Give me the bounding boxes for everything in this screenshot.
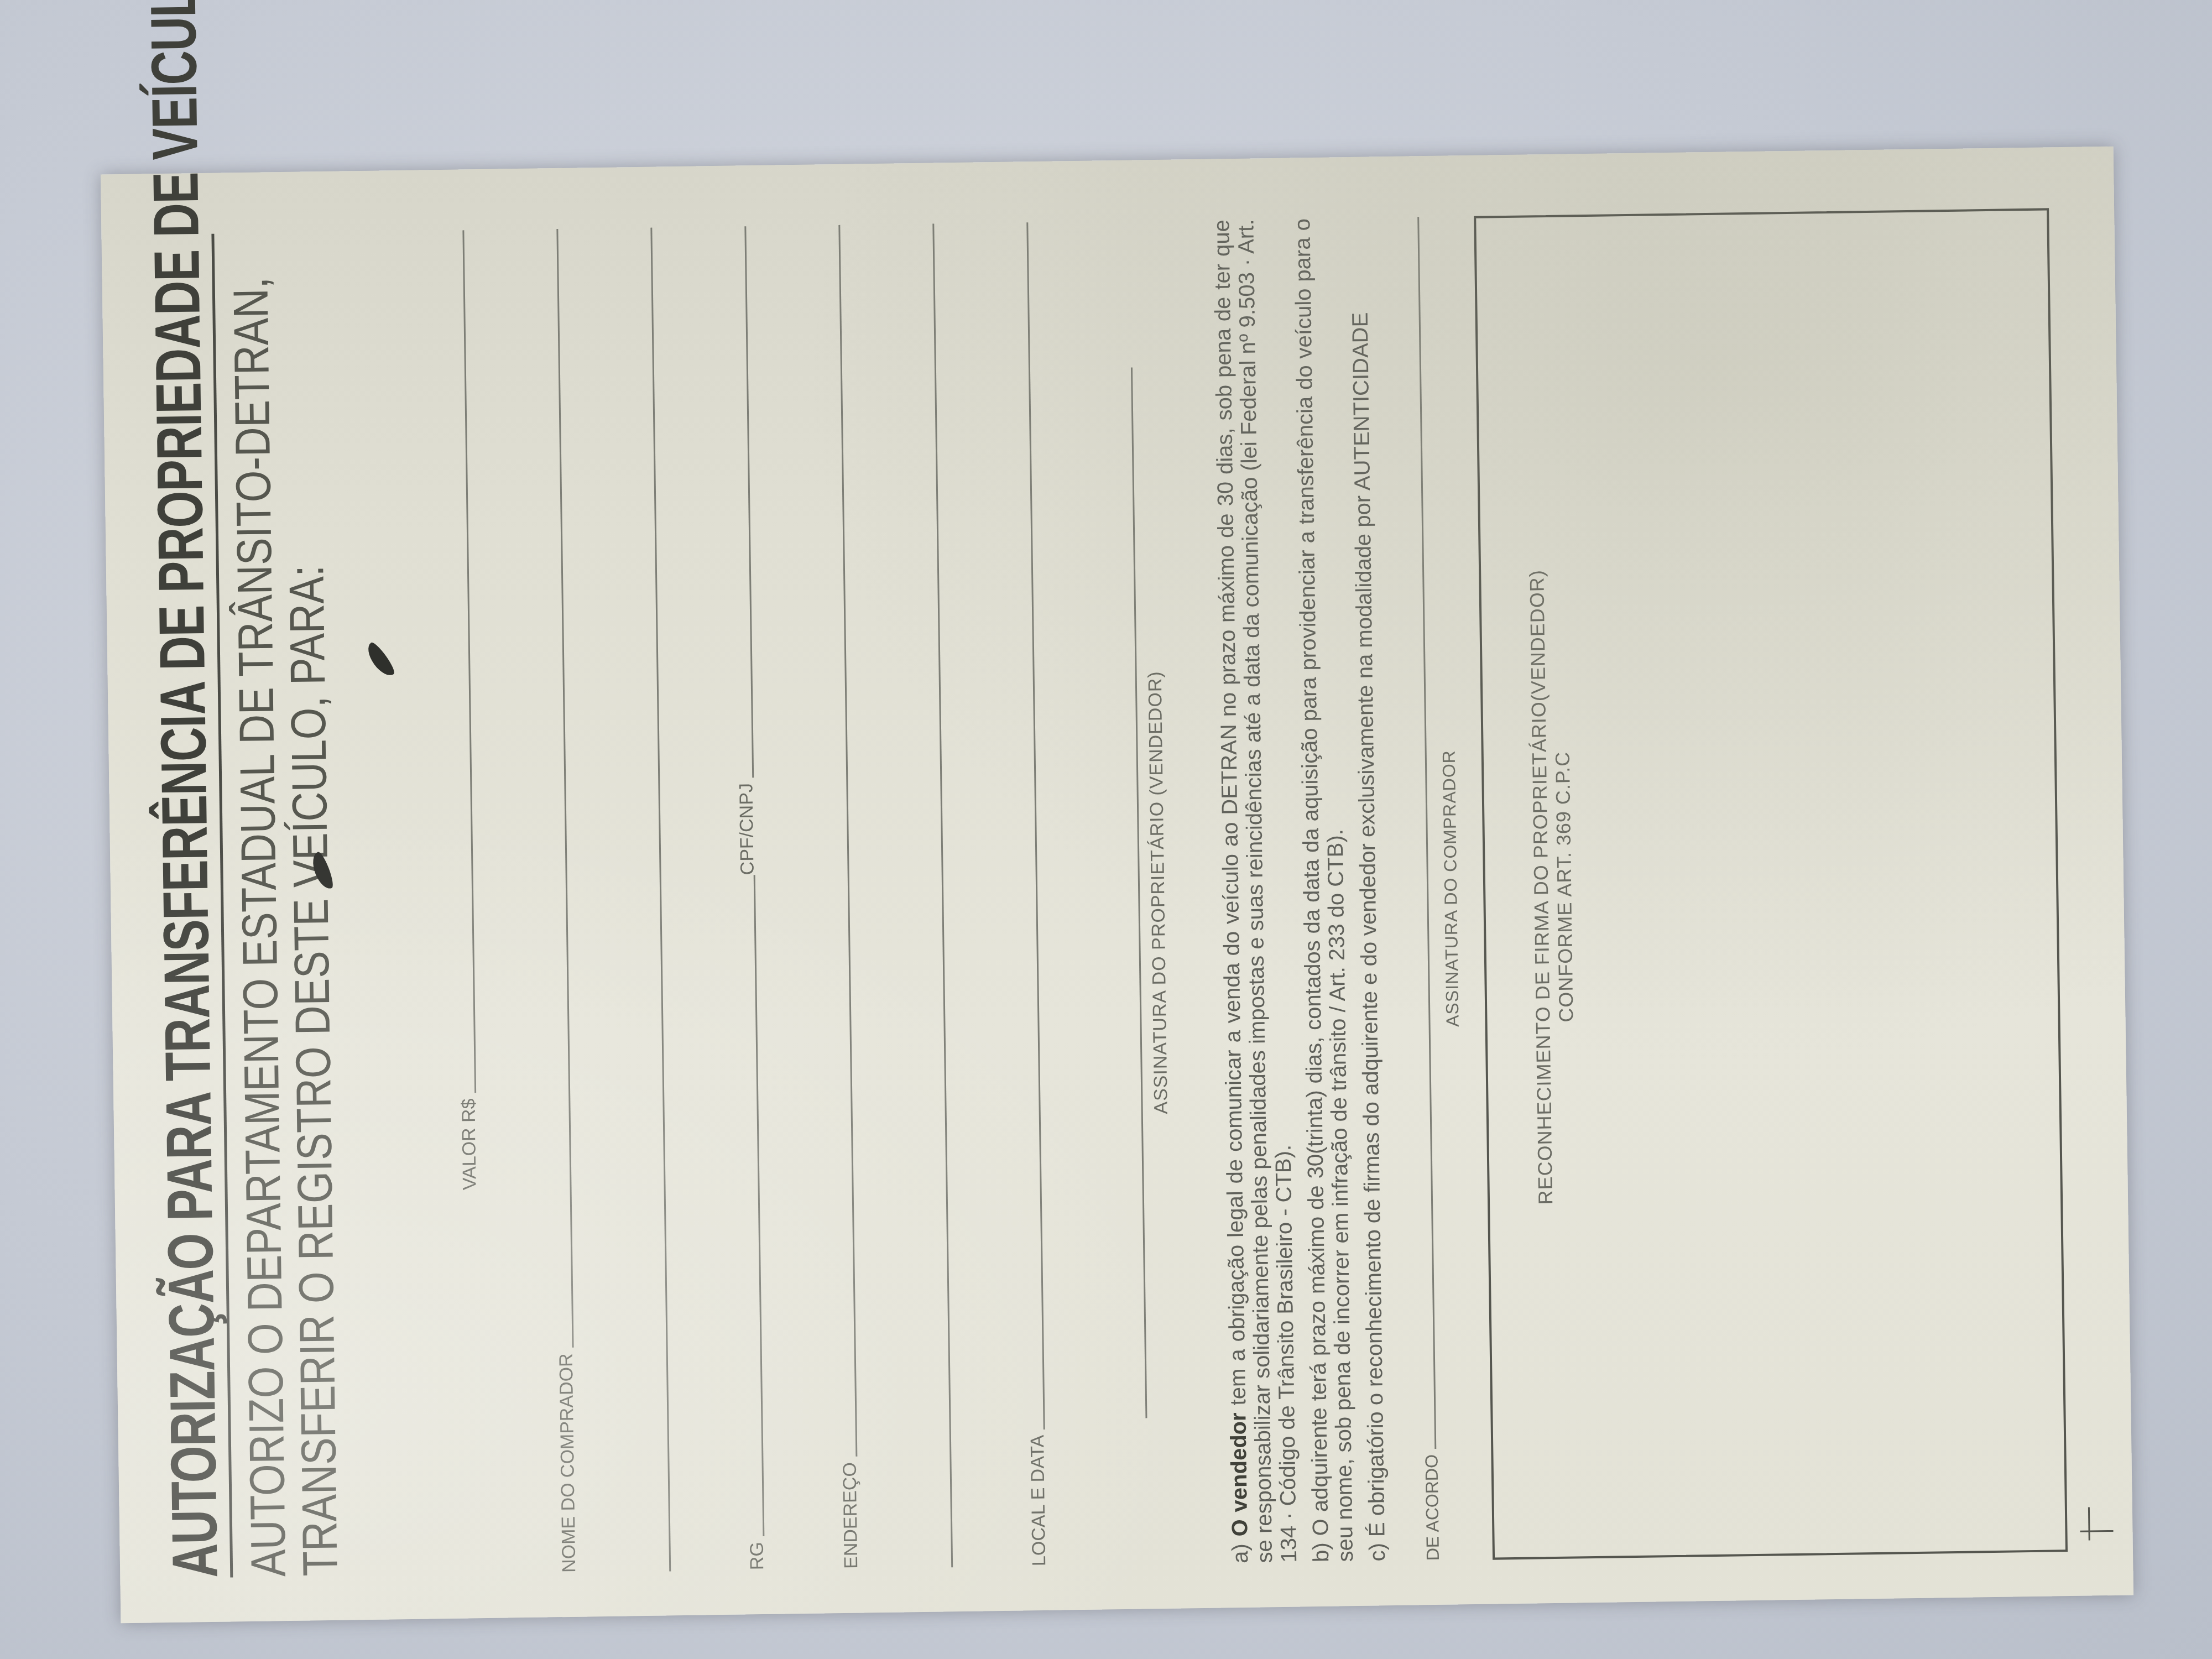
legal-note-b: b) O adquirente terá prazo máximo de 30(… [1290,218,1358,1562]
form-title: AUTORIZAÇÃO PARA TRANSFERÊNCIA DE PROPRI… [140,234,233,1579]
legal-note-text: tem a obrigação legal de comunicar a ven… [1209,219,1301,1563]
legal-note-text: O adquirente terá prazo máximo de 30(tri… [1290,218,1358,1562]
firma-recognition-box[interactable]: RECONHECIMENTO DE FIRMA DO PROPRIETÁRIO(… [1474,208,2068,1559]
seller-signature-block[interactable]: ASSINATURA DO PROPRIETÁRIO (VENDEDOR) [1129,221,1178,1565]
atpv-form-sheet: AUTORIZAÇÃO PARA TRANSFERÊNCIA DE PROPRI… [101,147,2133,1624]
de-acordo-label: DE ACORDO [1421,1454,1443,1561]
rg-label: RG [746,1536,771,1571]
crop-mark [2080,1530,2113,1532]
cpf-cnpj-input-line[interactable] [744,226,754,778]
valor-field[interactable]: VALOR R$ [377,230,489,1575]
local-data-input-line[interactable] [1026,222,1045,1429]
cpf-cnpj-label: CPF/CNPJ [735,778,761,875]
valor-label: VALOR R$ [458,1093,484,1190]
blank-line-field[interactable] [565,227,677,1572]
legal-note-marker: c) [1365,1543,1390,1562]
endereco-field[interactable]: ENDEREÇO [753,225,865,1570]
form-content: AUTORIZAÇÃO PARA TRANSFERÊNCIA DE PROPRI… [140,208,2100,1579]
authorization-intro: AUTORIZO O DEPARTAMENTO ESTADUAL DE TRÂN… [224,232,346,1577]
blank-line-field-2[interactable] [847,223,959,1568]
legal-note-a: a) O vendedor tem a obrigação legal de c… [1209,219,1301,1564]
rg-cpf-field[interactable]: RG CPF/CNPJ [659,226,771,1571]
nome-comprador-label: NOME DO COMPRADOR [556,1348,584,1573]
buyer-fields: VALOR R$ NOME DO COMPRADOR RG CPF/CNPJ E… [377,222,1053,1575]
local-data-field[interactable]: LOCAL E DATA [941,222,1053,1567]
legal-notes: a) O vendedor tem a obrigação legal de c… [1209,217,1390,1563]
nome-comprador-field[interactable]: NOME DO COMPRADOR [471,229,583,1574]
legal-note-marker: b) [1309,1542,1333,1562]
legal-note-bold: O vendedor [1226,1412,1252,1537]
endereco-label: ENDEREÇO [839,1457,865,1569]
local-data-label: LOCAL E DATA [1027,1429,1053,1566]
legal-note-marker: a) [1228,1543,1253,1563]
